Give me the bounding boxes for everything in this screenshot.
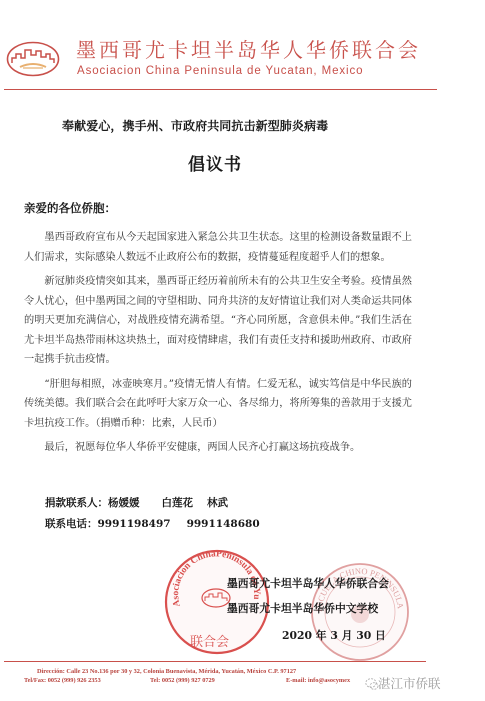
header-divider (4, 89, 437, 90)
paragraph-2: 新冠肺炎疫情突如其来，墨西哥正经历着前所未有的公共卫生安全考验。疫情虽然令人忧心… (24, 272, 412, 370)
contact-person: 林武 (207, 496, 228, 510)
contact-phones: 联系电话：99911984979991148680 (45, 517, 260, 531)
donation-contacts: 捐款联系人：杨媛媛白莲花林武 (45, 496, 228, 510)
footer-telfax: Tel/Fax: 0052 (999) 926 2353 (24, 677, 101, 685)
document-subtitle: 奉献爱心，携手州、市政府共同抗击新型肺炎病毒 (62, 118, 328, 134)
seal-bottom-text: 联合会 (190, 635, 229, 650)
contact-person: 白莲花 (162, 496, 194, 510)
org-logo-icon (6, 41, 60, 77)
signature-org-2: 墨西哥尤卡坦半岛华侨中文学校 (227, 602, 378, 616)
watermark-text: 湛江市侨联 (378, 676, 441, 692)
paragraph-1: 墨西哥政府宣布从今天起国家进入紧急公共卫生状态。这里的检测设备数量跟不上人们需求… (24, 228, 412, 267)
salutation: 亲爱的各位侨胞： (24, 200, 116, 216)
signature-org-1: 墨西哥尤卡坦半岛华人华侨联合会 (227, 577, 389, 591)
org-name-chinese: 墨西哥尤卡坦半岛华人华侨联合会 (76, 38, 421, 62)
wechat-icon (365, 676, 379, 690)
document-body: 墨西哥政府宣布从今天起国家进入紧急公共卫生状态。这里的检测设备数量跟不上人们需求… (24, 228, 412, 463)
footer-email: E-mail: info@asocymex (286, 677, 350, 685)
phone-number: 9991148680 (187, 517, 260, 531)
footer-divider (4, 661, 426, 662)
footer-tel: Tel: 0052 (999) 927 0729 (150, 677, 215, 685)
phone-label: 联系电话： (45, 517, 98, 531)
footer-address: Dirección: Calle 23 No.136 por 30 y 32, … (37, 668, 296, 676)
contact-person: 杨媛媛 (108, 496, 140, 510)
signature-date: 2020 年 3 月 30 日 (282, 629, 386, 643)
phone-number: 9991198497 (98, 517, 171, 531)
org-name-spanish: Asociacion China Peninsula de Yucatan, M… (77, 64, 363, 78)
document-title: 倡议书 (188, 154, 242, 176)
paragraph-3: “肝胆每相照，冰壶映寒月。”疫情无情人有情。仁爱无私，诚实笃信是中华民族的传统美… (24, 375, 412, 434)
contacts-label: 捐款联系人： (45, 496, 108, 510)
paragraph-4: 最后，祝愿每位华人华侨平安健康，两国人民齐心打赢这场抗疫战争。 (24, 438, 412, 458)
